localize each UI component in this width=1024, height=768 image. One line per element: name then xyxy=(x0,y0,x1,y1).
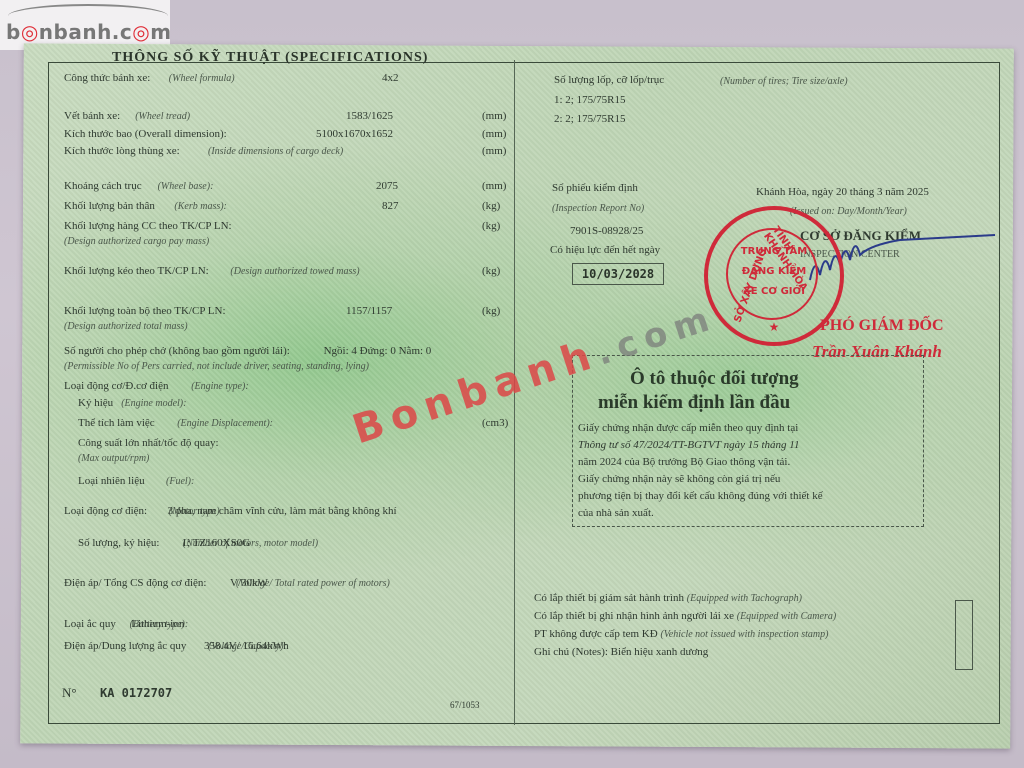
checklist-label-en: (Equipped with Camera) xyxy=(737,611,836,622)
spec-field-label-en: (Engine model): xyxy=(121,398,186,409)
spec-field-label: Điện áp/ Tổng CS động cơ điện: xyxy=(64,577,207,589)
tire-axle-2: 2: 2; 175/75R15 xyxy=(554,113,626,125)
spec-field-value: 1; TZ160XS0G xyxy=(182,537,251,549)
checklist-label: Có lắp thiết bị giám sát hành trình xyxy=(534,592,687,604)
spec-field-label-en: (Engine type): xyxy=(191,381,248,392)
spec-field-label: Loại động cơ/Đ.cơ điện xyxy=(64,380,169,392)
checklist-label: PT không được cấp tem KĐ xyxy=(534,628,660,640)
spec-field-label: Điện áp/Dung lượng ắc quy xyxy=(64,640,186,652)
spec-field-label-en: (Max output/rpm) xyxy=(78,453,149,464)
spec-field-label: Công suất lớn nhất/tốc độ quay: xyxy=(78,437,219,449)
footer-code: 67/1053 xyxy=(450,700,480,710)
spec-field-label-en: (Wheel base): xyxy=(158,181,214,192)
spec-field-label: Khoảng cách trục xyxy=(64,180,142,192)
spec-field-value: 5100x1670x1652 xyxy=(316,128,393,140)
spec-field-value: Lithium-ion xyxy=(131,618,184,630)
spec-field-label: Kích thước lòng thùng xe: xyxy=(64,145,180,157)
spec-heading: THÔNG SỐ KỸ THUẬT (SPECIFICATIONS) xyxy=(112,50,428,66)
signer-title: PHÓ GIÁM ĐỐC xyxy=(820,317,944,335)
valid-until-label: Có hiệu lực đến hết ngày xyxy=(550,244,660,256)
spec-field-unit: (cm3) xyxy=(482,417,508,429)
spec-field-label: Số người cho phép chở (không bao gồm ngư… xyxy=(64,345,290,357)
wheel-icon: ◎ xyxy=(21,20,39,44)
spec-field-label: Ký hiệu xyxy=(78,397,113,409)
spec-field-label: Khối lượng kéo theo TK/CP LN: xyxy=(64,265,209,277)
spec-field-unit: (mm) xyxy=(482,180,506,192)
spec-field-label: Khối lượng toàn bộ theo TK/CP LN: xyxy=(64,305,226,317)
spec-field-label: Công thức bánh xe: xyxy=(64,72,150,84)
spec-field-label-en: (Permissible No of Pers carried, not inc… xyxy=(64,361,369,372)
serial-number: KA 0172707 xyxy=(100,686,172,700)
spec-field-label-en: (Fuel): xyxy=(166,476,194,487)
wheel-icon: ◎ xyxy=(132,20,150,44)
spec-field-label-en: (Wheel formula) xyxy=(169,73,235,84)
checklist-item: PT không được cấp tem KĐ (Vehicle not is… xyxy=(534,628,829,640)
spec-field-label: Loại nhiên liệu xyxy=(78,475,145,487)
spec-field-label: Số lượng, ký hiệu: xyxy=(78,537,159,549)
tire-label-en: (Number of tires; Tire size/axle) xyxy=(720,76,848,87)
note-line: của nhà sản xuất. xyxy=(578,507,654,519)
spec-field-unit: (kg) xyxy=(482,200,500,212)
checklist-label: Ghi chú (Notes): Biển hiệu xanh dương xyxy=(534,646,708,658)
spec-field-label-en: (Design authorized cargo pay mass) xyxy=(64,236,209,247)
spec-field-value: V/30kW xyxy=(230,577,268,589)
checklist-label-en: (Vehicle not issued with inspection stam… xyxy=(660,629,828,640)
spec-field-label: Khối lượng bản thân xyxy=(64,200,155,212)
spec-field-unit: (mm) xyxy=(482,110,506,122)
spec-field-unit: (kg) xyxy=(482,220,500,232)
note-title-line1: Ô tô thuộc đối tượng xyxy=(630,368,799,390)
spec-field-label-en: (Inside dimensions of cargo deck) xyxy=(208,146,343,157)
serial-label: N° xyxy=(62,685,77,701)
spec-field-label: Loại động cơ điện: xyxy=(64,505,147,517)
checklist-item: Có lắp thiết bị giám sát hành trình (Equ… xyxy=(534,592,802,604)
spec-field-unit: (mm) xyxy=(482,128,506,140)
note-line: Thông tư số 47/2024/TT-BGTVT ngày 15 thá… xyxy=(578,439,799,451)
spec-field-unit: (kg) xyxy=(482,265,500,277)
checklist-item: Có lắp thiết bị ghi nhận hình ảnh người … xyxy=(534,610,836,622)
report-label: Số phiếu kiểm định xyxy=(552,182,638,194)
spec-field-value: 2075 xyxy=(376,180,398,192)
note-line: phương tiện bị thay đổi kết cấu không đú… xyxy=(578,490,823,502)
valid-until-date: 10/03/2028 xyxy=(572,263,664,285)
spec-field-value: 4x2 xyxy=(382,72,399,84)
spec-field-value: 827 xyxy=(382,200,399,212)
spec-field-label-en: (Wheel tread) xyxy=(135,111,190,122)
checklist-item: Ghi chú (Notes): Biển hiệu xanh dương xyxy=(534,646,708,658)
spec-field-value: 1157/1157 xyxy=(346,305,392,317)
spec-field-value: 1583/1625 xyxy=(346,110,393,122)
spec-field-label-en: (Design authorized towed mass) xyxy=(230,266,359,277)
note-line: năm 2024 của Bộ trưởng Bộ Giao thông vận… xyxy=(578,456,790,468)
tire-label: Số lượng lốp, cỡ lốp/trục xyxy=(554,74,664,86)
spec-field-label-en: (Kerb mass): xyxy=(174,201,227,212)
spec-field-label: Kích thước bao (Overall dimension): xyxy=(64,128,227,140)
place-date: Khánh Hòa, ngày 20 tháng 3 năm 2025 xyxy=(756,186,929,198)
checklist-label: Có lắp thiết bị ghi nhận hình ảnh người … xyxy=(534,610,737,622)
spec-field-unit: (kg) xyxy=(482,305,500,317)
report-label-en: (Inspection Report No) xyxy=(552,203,644,214)
vertical-marker xyxy=(955,600,973,670)
logo-text: b◎nbanh.c◎m xyxy=(6,20,172,44)
spec-field-label: Vết bánh xe: xyxy=(64,110,120,122)
spec-field-label-en: (Design authorized total mass) xyxy=(64,321,188,332)
note-line: Giấy chứng nhận này sẽ không còn giá trị… xyxy=(578,473,780,485)
spec-field-label: Loại ắc quy xyxy=(64,618,116,630)
note-line: Giấy chứng nhận được cấp miễn theo quy đ… xyxy=(578,422,798,434)
note-title-line2: miễn kiểm định lần đầu xyxy=(598,392,790,414)
spec-field-label: Khối lượng hàng CC theo TK/CP LN: xyxy=(64,220,232,232)
report-number: 7901S-08928/25 xyxy=(570,225,643,237)
spec-field-value: Ngồi: 4 Đứng: 0 Nằm: 0 xyxy=(324,345,432,357)
spec-field-unit: (mm) xyxy=(482,145,506,157)
spec-field-label: Thể tích làm việc xyxy=(78,417,155,429)
checklist-label-en: (Equipped with Tachograph) xyxy=(687,593,802,604)
spec-field-value: 3 pha, nam châm vĩnh cửu, làm mát bằng k… xyxy=(168,505,397,517)
tire-axle-1: 1: 2; 175/75R15 xyxy=(554,94,626,106)
spec-field-value: 358.4V/ 16.64kWh xyxy=(204,640,289,652)
spec-field-label-en: (Engine Displacement): xyxy=(177,418,273,429)
